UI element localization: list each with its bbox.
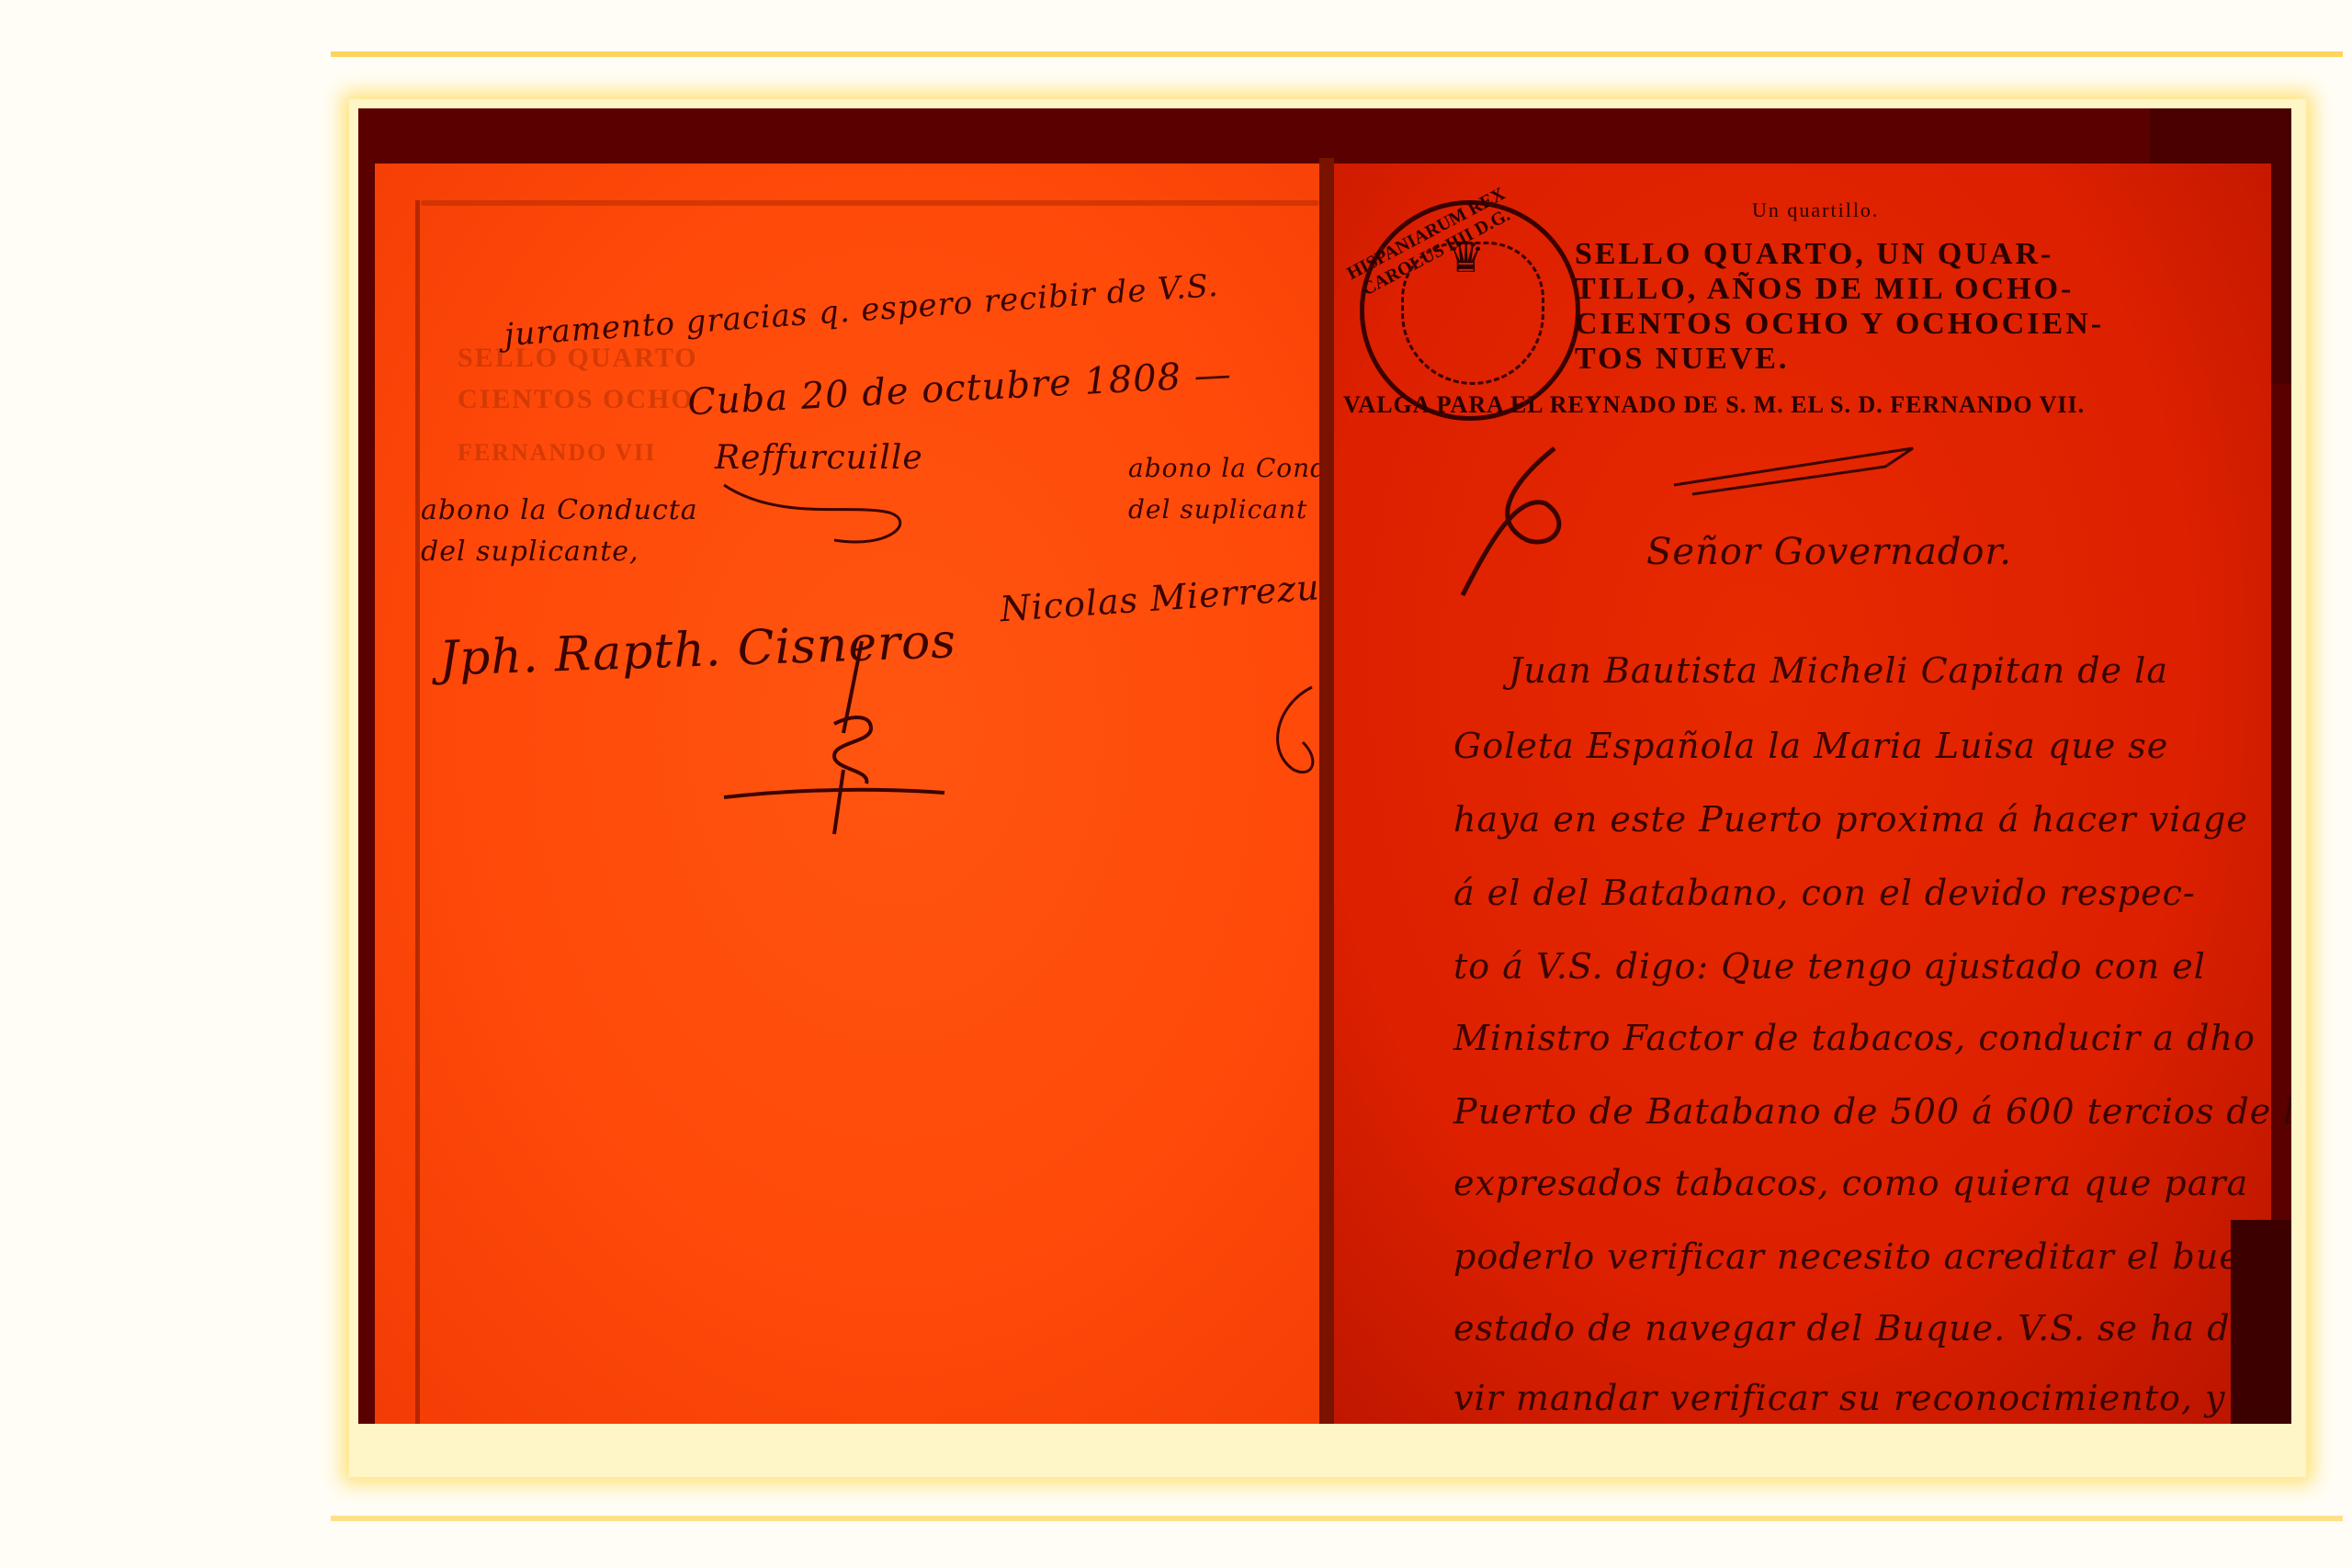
stamp-value: Un quartillo. xyxy=(1752,198,1879,222)
body-line: vir mandar verificar su reconocimiento, … xyxy=(1453,1378,2290,1418)
handwritten-date: Cuba 20 de octubre 1808 — xyxy=(686,354,1233,424)
right-page: HISPANIARUM REX CAROLUS IIII D.G. ♛ Un q… xyxy=(1334,164,2271,1424)
bleed-through-line: FERNANDO VII xyxy=(458,439,656,467)
body-line: haya en este Puerto proxima á hacer viag… xyxy=(1453,799,2248,840)
stamp-title-line: TOS NUEVE. xyxy=(1575,342,1789,377)
margin-note-left: abono la Conducta xyxy=(421,494,698,526)
body-line: estado de navegar del Buque. V.S. se ha … xyxy=(1453,1308,2291,1348)
signature-flourish xyxy=(706,448,926,558)
margin-note-right: del suplicant xyxy=(1128,494,1307,525)
salutation: Señor Governador. xyxy=(1646,531,2012,573)
shadow-corner xyxy=(2231,1220,2291,1424)
signature-mierrezuel: Nicolas Mierrezuel xyxy=(999,565,1355,630)
document-photo: SELLO QUARTO CIENTOS OCHO FERNANDO VII j… xyxy=(358,108,2291,1424)
stamp-title-line: SELLO QUARTO, UN QUAR- xyxy=(1575,237,2053,272)
stamp-title-line: TILLO, AÑOS DE MIL OCHO- xyxy=(1575,272,2074,307)
body-line: expresados tabacos, como quiera que para xyxy=(1453,1163,2248,1203)
margin-note-left: del suplicante, xyxy=(421,536,639,568)
body-line: á el del Batabano, con el devido respec- xyxy=(1453,873,2196,913)
handwritten-line: juramento gracias q. espero recibir de V… xyxy=(503,267,1220,354)
body-line: Juan Bautista Micheli Capitan de la xyxy=(1509,650,2168,691)
left-page: SELLO QUARTO CIENTOS OCHO FERNANDO VII j… xyxy=(375,164,1319,1424)
body-line: poderlo verificar necesito acreditar el … xyxy=(1453,1236,2264,1277)
edge-flourish xyxy=(1257,678,1321,788)
rubric-flourish xyxy=(1398,412,1968,614)
body-line: Puerto de Batabano de 500 á 600 tercios … xyxy=(1453,1091,2291,1132)
rubric-flourish xyxy=(696,623,972,843)
body-line: to á V.S. digo: Que tengo ajustado con e… xyxy=(1453,946,2206,987)
bleed-through-line: CIENTOS OCHO xyxy=(458,384,695,415)
royal-seal-stamp: HISPANIARUM REX CAROLUS IIII D.G. ♛ xyxy=(1360,200,1580,421)
margin-note-right: abono la Cond xyxy=(1128,453,1328,483)
stamp-title-line: CIENTOS OCHO Y OCHOCIEN- xyxy=(1575,307,2104,342)
page-gutter xyxy=(1319,158,1334,1424)
body-line: Goleta Española la Maria Luisa que se xyxy=(1453,726,2168,766)
crown-icon: ♛ xyxy=(1447,232,1485,282)
body-line: Ministro Factor de tabacos, conducir a d… xyxy=(1453,1018,2256,1058)
